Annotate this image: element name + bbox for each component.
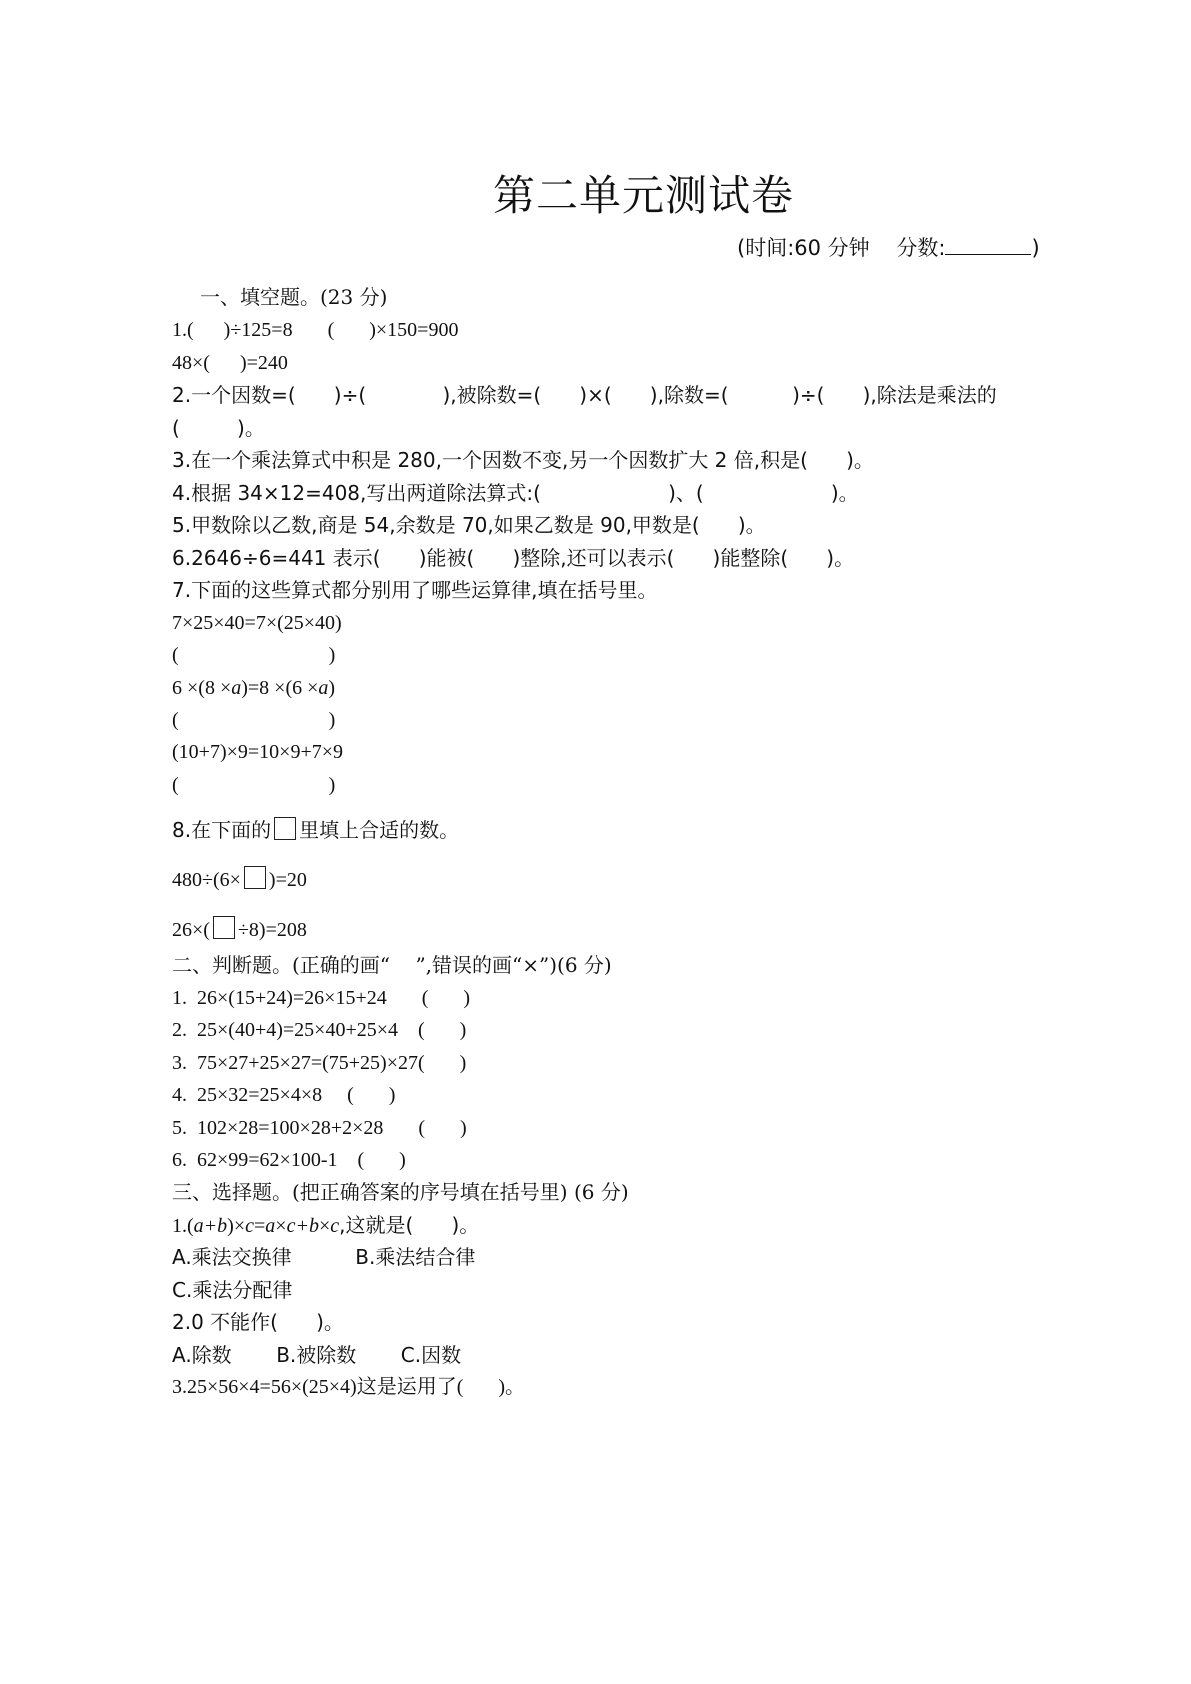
q3: 3.在一个乘法算式中积是 280,一个因数不变,另一个因数扩大 2 倍,积是( … [172, 446, 874, 474]
q1-line2: 48×( )=240 [172, 349, 288, 377]
time-label: (时间:60 分钟 [737, 236, 870, 260]
judge-item-4[interactable]: 4. 25×32=25×4×8 ( ) [172, 1081, 395, 1109]
choice-q1-stem: 1.(a+b)×c=a×c+b×c,这就是( )。 [172, 1211, 479, 1240]
page-title: 第二单元测试卷 [493, 168, 794, 224]
section2-heading: 二、判断题。(正确的画“ ”,错误的画“×”)(6 分) [172, 951, 612, 979]
q8-prompt-after: 里填上合适的数。 [299, 818, 459, 842]
q2-line2: ( )。 [172, 414, 265, 442]
judge-item-6[interactable]: 6. 62×99=62×100-1 ( ) [172, 1146, 406, 1174]
judge-item-2[interactable]: 2. 25×(40+4)=25×40+25×4 ( ) [172, 1016, 466, 1044]
variable: c [330, 1215, 339, 1237]
judge-item-5[interactable]: 5. 102×28=100×28+2×28 ( ) [172, 1114, 467, 1142]
q7-prompt: 7.下面的这些算式都分别用了哪些运算律,填在括号里。 [172, 576, 657, 604]
choice-q1-options-1[interactable]: A.乘法交换律 B.乘法结合律 [172, 1243, 475, 1271]
stem-part: 1.( [172, 1215, 194, 1237]
variable-a: a [231, 677, 241, 699]
score-label: 分数: [896, 236, 945, 260]
stem-part: )× [227, 1215, 245, 1237]
q8-eq2: 26×(÷8)=208 [172, 916, 307, 944]
variable: b [217, 1215, 227, 1237]
variable: b [309, 1215, 319, 1237]
stem-part: ,这就是( )。 [339, 1213, 479, 1237]
q2-line1: 2.一个因数=( )÷( ),被除数=( )×( ),除数=( )÷( ),除法… [172, 381, 997, 409]
variable: c [245, 1215, 254, 1237]
stem-part: × [319, 1215, 330, 1237]
q8-prompt-before: 8.在下面的 [172, 818, 271, 842]
q1-line1: 1.( )÷125=8 ( )×150=900 [172, 316, 458, 344]
q7-answer-2[interactable]: ( ) [172, 706, 335, 734]
eq2-before: 26×( [172, 919, 210, 941]
section1-heading: 一、填空题。(23 分) [200, 283, 387, 311]
stem-part: = [254, 1215, 265, 1237]
score-close: ) [1031, 236, 1039, 260]
q7-expr-1: 7×25×40=7×(25×40) [172, 609, 342, 637]
choice-q2-stem: 2.0 不能作( )。 [172, 1308, 344, 1336]
stem-part: + [295, 1215, 309, 1237]
judge-item-3[interactable]: 3. 75×27+25×27=(75+25)×27( ) [172, 1049, 466, 1077]
eq2-after: ÷8)=208 [238, 919, 307, 941]
q5: 5.甲数除以乙数,商是 54,余数是 70,如果乙数是 90,甲数是( )。 [172, 511, 766, 539]
q7-answer-3[interactable]: ( ) [172, 771, 335, 799]
q6: 6.2646÷6=441 表示( )能被( )整除,还可以表示( )能整除( )… [172, 544, 854, 572]
blank-square-icon [274, 817, 296, 840]
stem-part: × [275, 1215, 286, 1237]
judge-item-1[interactable]: 1. 26×(15+24)=26×15+24 ( ) [172, 984, 470, 1012]
q8-eq1: 480÷(6×)=20 [172, 866, 307, 894]
eq1-before: 480÷(6× [172, 869, 241, 891]
exam-meta: (时间:60 分钟 分数:) [737, 234, 1040, 262]
eq1-after: )=20 [269, 869, 307, 891]
variable-a: a [318, 677, 328, 699]
stem-part: + [204, 1215, 218, 1237]
expr-part: 6 ×(8 × [172, 677, 231, 699]
q7-answer-1[interactable]: ( ) [172, 641, 335, 669]
q4: 4.根据 34×12=408,写出两道除法算式:( )、( )。 [172, 479, 859, 507]
score-blank[interactable] [945, 234, 1031, 255]
q7-expr-3: (10+7)×9=10×9+7×9 [172, 738, 343, 766]
choice-q2-options[interactable]: A.除数 B.被除数 C.因数 [172, 1341, 461, 1369]
variable: a [265, 1215, 275, 1237]
expr-part: ) [328, 677, 335, 699]
section3-heading: 三、选择题。(把正确答案的序号填在括号里) (6 分) [172, 1178, 629, 1206]
exam-page: 第二单元测试卷 (时间:60 分钟 分数:) 一、填空题。(23 分) 1.( … [0, 0, 1191, 1684]
q8-prompt: 8.在下面的里填上合适的数。 [172, 816, 459, 844]
answer-box[interactable] [244, 866, 266, 889]
expr-part: )=8 ×(6 × [241, 677, 318, 699]
variable: a [194, 1215, 204, 1237]
choice-q1-options-2[interactable]: C.乘法分配律 [172, 1276, 292, 1304]
answer-box[interactable] [213, 916, 235, 939]
choice-q3-stem: 3.25×56×4=56×(25×4)这是运用了( )。 [172, 1373, 525, 1401]
q7-expr-2: 6 ×(8 ×a)=8 ×(6 ×a) [172, 674, 335, 702]
